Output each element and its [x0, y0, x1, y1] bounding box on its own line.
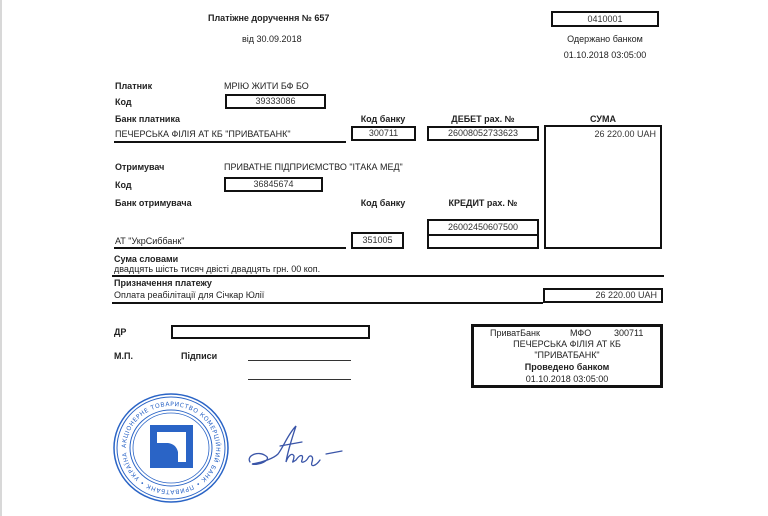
stamp-status: Проведено банком: [474, 362, 660, 373]
payer-bank-name: ПЕЧЕРСЬКА ФІЛІЯ АТ КБ "ПРИВАТБАНК": [115, 129, 291, 140]
dr-field: [171, 325, 370, 339]
purpose-underline: [112, 302, 543, 304]
purpose-amount-box: 26 220.00 UAH: [543, 288, 663, 303]
recipient-bank-name: АТ "УкрСиббанк": [115, 236, 185, 247]
debit-label: ДЕБЕТ рах. №: [427, 114, 539, 125]
stamp-mfo-label: МФО: [570, 328, 591, 339]
signature-line-1: [248, 360, 351, 361]
stamp-branch-line2: "ПРИВАТБАНК": [474, 350, 660, 361]
debit-account-box: 26008052733623: [427, 126, 539, 141]
purpose-label: Призначення платежу: [114, 278, 212, 289]
privatbank-seal-icon: АКЦІОНЕРНЕ ТОВАРИСТВО КОМЕРЦІЙНИЙ БАНК •…: [112, 392, 230, 504]
document-date: від 30.09.2018: [242, 34, 302, 45]
payment-order-document: Платіжне доручення № 657 від 30.09.2018 …: [0, 0, 768, 516]
received-label: Одержано банком: [547, 34, 663, 45]
recipient-code-box: 36845674: [224, 177, 323, 192]
payer-code-box: 39333086: [225, 94, 326, 109]
received-datetime: 01.10.2018 03:05:00: [547, 50, 663, 61]
purpose-value: Оплата реабілітації для Січкар Юлії: [114, 290, 264, 301]
credit-account: 26002450607500: [429, 222, 537, 233]
payer-bank-code-box: 300711: [351, 126, 416, 141]
document-title: Платіжне доручення № 657: [208, 13, 329, 24]
recipient-code-label: Код: [115, 180, 132, 191]
amount-words-underline: [112, 275, 664, 277]
recipient-bank-label: Банк отримувача: [115, 198, 192, 209]
stamp-datetime: 01.10.2018 03:05:00: [474, 374, 660, 385]
bank-processed-stamp: ПриватБанк МФО 300711 ПЕЧЕРСЬКА ФІЛІЯ АТ…: [471, 324, 663, 388]
amount-label: СУМА: [544, 114, 662, 125]
payer-label: Платник: [115, 81, 152, 92]
payer-code-label: Код: [115, 97, 132, 108]
form-code-box: 0410001: [551, 11, 659, 27]
credit-box-divider: [429, 234, 537, 236]
recipient-bank-code-label: Код банку: [350, 198, 416, 209]
stamp-branch-line1: ПЕЧЕРСЬКА ФІЛІЯ АТ КБ: [474, 339, 660, 350]
recipient-name: ПРИВАТНЕ ПІДПРИЄМСТВО "ІТАКА МЕД": [224, 162, 403, 173]
stamp-mfo: 300711: [614, 328, 643, 339]
recipient-label: Отримувач: [115, 162, 164, 173]
stamp-bank-name: ПриватБанк: [490, 328, 540, 339]
credit-account-box: 26002450607500: [427, 219, 539, 249]
payer-bank-underline: [114, 141, 346, 143]
signature-line-2: [248, 379, 351, 380]
payer-bank-code-label: Код банку: [350, 114, 416, 125]
amount-words-value: двадцять шість тисяч двісті двадцять грн…: [114, 264, 320, 275]
signatures-label: Підписи: [181, 351, 217, 362]
recipient-bank-code-box: 351005: [351, 232, 404, 249]
dr-label: ДР: [114, 327, 126, 338]
credit-label: КРЕДИТ рах. №: [427, 198, 539, 209]
amount-box: 26 220.00 UAH: [544, 125, 662, 249]
recipient-bank-underline: [114, 247, 346, 249]
mp-label: М.П.: [114, 351, 133, 362]
handwritten-signature-icon: [244, 420, 354, 480]
payer-bank-label: Банк платника: [115, 114, 180, 125]
payer-name: МРІЮ ЖИТИ БФ БО: [224, 81, 309, 92]
